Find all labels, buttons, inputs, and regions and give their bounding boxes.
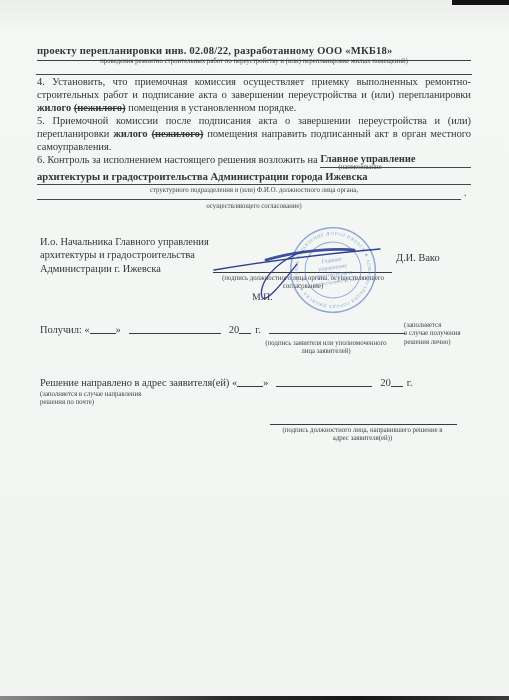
received-year-blank bbox=[239, 332, 251, 334]
received-month-blank bbox=[129, 332, 221, 334]
caption-agreement: осуществляющего согласование) bbox=[37, 203, 471, 211]
scanned-document-page: проекту перепланировки инв. 02.08/22, ра… bbox=[0, 0, 509, 700]
received-year-prefix: 20 bbox=[229, 325, 239, 336]
received-row: Получил: « » 20 г. bbox=[40, 325, 405, 336]
sent-signature-caption-line2: адрес заявителя(ей)) bbox=[260, 435, 465, 443]
sent-year-blank bbox=[391, 385, 403, 387]
horizontal-rule bbox=[36, 74, 472, 75]
project-line-text: проекту перепланировки инв. 02.08/22, ра… bbox=[37, 46, 393, 57]
project-line-caption: проведения ремонтно строительных работ п… bbox=[37, 58, 471, 66]
received-signature-blank bbox=[269, 332, 405, 334]
scan-artifact-top-edge bbox=[452, 0, 509, 5]
handwritten-signature-icon bbox=[202, 234, 402, 306]
received-quote-close: » bbox=[116, 325, 121, 336]
item-5: 5. Приемочной комиссии после подписания … bbox=[37, 116, 471, 155]
received-year-suffix: г. bbox=[255, 325, 261, 336]
received-caption-line1: (подпись заявителя или уполномоченного bbox=[257, 340, 395, 348]
trailing-period: . bbox=[464, 188, 467, 199]
official-name: Д.И. Вако bbox=[396, 253, 440, 264]
sent-year-suffix: г. bbox=[407, 378, 413, 389]
sent-note-line2: решения по почте) bbox=[40, 399, 220, 407]
sent-signature-line bbox=[270, 424, 457, 425]
sent-signature-caption-line1: (подпись должностного лица, направившего… bbox=[260, 427, 465, 435]
received-note-line: в случае получения bbox=[404, 330, 494, 338]
received-signature-caption: (подпись заявителя или уполномоченного л… bbox=[257, 340, 395, 357]
sent-quote-close: » bbox=[263, 378, 268, 389]
scan-artifact-bottom-edge bbox=[0, 696, 509, 700]
received-label: Получил: « bbox=[40, 325, 90, 336]
received-note-line: (заполняется bbox=[404, 322, 494, 330]
blank-underline-row bbox=[37, 190, 461, 200]
sent-row: Решение направлено в адрес заявителя(ей)… bbox=[40, 378, 412, 389]
sent-year-prefix: 20 bbox=[380, 378, 390, 389]
resolution-items: 4. Установить, что приемочная комиссия о… bbox=[37, 77, 471, 168]
sent-signature-caption: (подпись должностного лица, направившего… bbox=[260, 427, 465, 444]
sent-day-blank bbox=[237, 385, 263, 387]
sent-note-line1: (заполняется в случае направления bbox=[40, 391, 220, 399]
sent-label: Решение направлено в адрес заявителя(ей)… bbox=[40, 378, 237, 389]
received-day-blank bbox=[90, 332, 116, 334]
org-name-line: архитектуры и градостроительства Админис… bbox=[37, 172, 471, 185]
received-note: (заполняется в случае получения решения … bbox=[404, 322, 494, 347]
sent-month-blank bbox=[276, 385, 372, 387]
item-4: 4. Установить, что приемочная комиссия о… bbox=[37, 77, 471, 116]
sent-note: (заполняется в случае направления решени… bbox=[40, 391, 220, 408]
received-note-line: решения лично) bbox=[404, 339, 494, 347]
received-caption-line2: лица заявителей) bbox=[257, 348, 395, 356]
